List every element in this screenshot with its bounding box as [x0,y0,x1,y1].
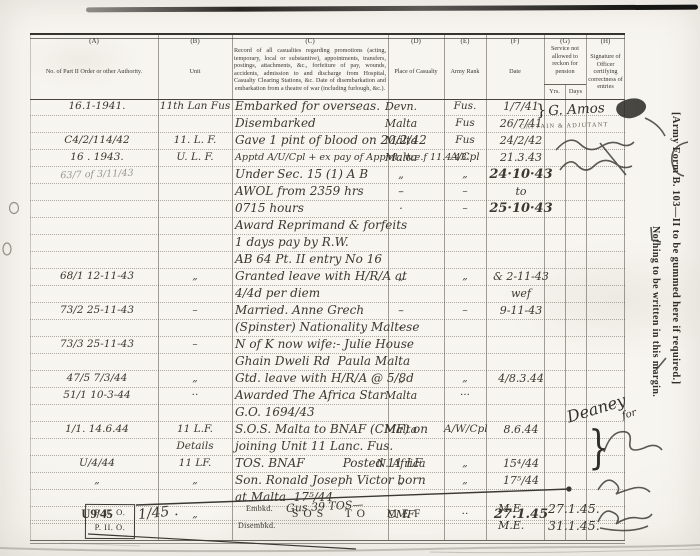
entry-record-text: AWOL from 2359 hrs [235,184,364,199]
yrs-subheading: Yrs. [544,85,565,99]
signature-name: G. Amos [548,100,605,119]
entry-date: 24·10·43 [486,167,556,182]
entry-unit: 11 L.F. [158,422,232,437]
entry-unit: ·· [158,388,232,403]
column-c-heading: Record of all casualties regarding promo… [232,47,388,92]
brace-mark: } [536,100,547,120]
entry-authority: 68/1 12-11-43 [40,269,154,284]
footer-date-1: 27.1.45. [548,501,600,516]
embkd-label: Embkd. [246,504,273,513]
entry-unit: „ [158,371,232,386]
record-row: AWOL from 2359 hrs––to [30,184,625,201]
scan-edge-streaks [0,543,700,553]
entry-unit: 11 LF. [158,456,232,471]
column-f-heading: Date [507,68,523,76]
entry-place: „ [358,473,444,488]
entry-date: 17⁵/44 [486,473,556,488]
piio-box: P. II. O. P. II. O. [85,504,135,539]
entry-place: Malta [358,116,444,131]
column-d-label: (D) [411,35,421,45]
column-record-header: (C) Record of all casualties regarding p… [232,35,388,99]
entry-date: 4/8.3.44 [486,371,556,386]
entry-place: N. Africa [358,456,444,471]
column-e-label: (E) [461,35,470,45]
entry-date: 9-11-43 [486,303,556,318]
record-row: 73/2 25-11-43–Married. Anne Grech––9-11-… [30,303,625,320]
column-rank-header: (E) Army Rank [444,35,486,99]
record-row: 63/7 of 3/11/43Under Sec. 15 (1) A B„„24… [30,167,625,184]
entry-place: – [358,303,444,318]
footer-date-2: 31.1.45. [548,518,600,533]
entry-record-text: AB 64 Pt. II entry No 16 [235,252,382,267]
table-right-border [624,35,625,540]
entry-unit: „ [158,473,232,488]
column-signature-header: (H) Signature of Officer certifying corr… [586,35,625,99]
record-row: 1 days pay by R.W. [30,235,625,252]
entry-rank: Fus. [444,99,486,114]
entry-authority: 73/3 25-11-43 [40,337,154,352]
entry-place: „ [358,371,444,386]
brace-mark-large: } [588,424,608,470]
entry-date: wef [486,286,556,301]
scanned-army-form: (A) No. of Part II Order or other Author… [0,0,700,556]
record-row: 16 . 1943.U. L. F.Apptd A/U/Cpl + ex pay… [30,150,625,167]
table-header: (A) No. of Part II Order or other Author… [30,35,625,100]
entry-rank: „ [444,473,486,488]
footer-place-1: M.E [498,502,521,515]
signature-certifying-officer: }G. Amos [536,97,606,120]
record-row: 51/1 10-3-44··Awarded The Africa StarMal… [30,388,625,405]
bottom-streak-2 [430,549,700,553]
entry-unit: Details [158,439,232,454]
scan-smear-artifact [86,5,698,13]
record-row: „„Son. Ronald Joseph Victor born„„17⁵/44 [30,473,625,490]
record-row: G.O. 1694/43 [30,405,625,422]
entry-date: 8.6.44 [486,422,556,437]
entry-rank: A/W/Cpl [444,422,486,437]
entry-date: to [486,184,556,199]
entry-rank: „ [444,269,486,284]
record-row: C4/2/114/4211. L. F.Gave 1 pint of blood… [30,133,625,150]
entry-rank: „ [444,456,486,471]
pencil-marks [3,203,19,256]
column-b-label: (B) [190,35,199,45]
disembkd-label: Disembkd. [238,521,276,530]
column-authority-header: (A) No. of Part II Order or other Author… [30,35,158,99]
entry-record-text: joining Unit 11 Lanc. Fus. [235,439,393,454]
entry-rank: – [444,201,486,216]
column-rule [232,35,233,540]
column-rule [388,35,389,540]
entry-date: 15⁴/44 [486,456,556,471]
entry-place: Malta [358,133,444,148]
entry-unit: – [158,337,232,352]
entry-record-text: Disembarked [235,116,316,131]
entry-authority: „ [40,473,154,488]
entry-unit: 11th Lan Fus [158,99,232,114]
entry-rank: „ [444,167,486,182]
record-row: U/4/4411 LF.TOS. BNAF Posted 11 LFN. Afr… [30,456,625,473]
column-c-label: (C) [305,35,314,45]
entry-place: Malta [358,388,444,403]
entry-place: „ [358,269,444,284]
margin-note-form-number: [Army Form B. 103—II to be gummed here i… [670,112,681,384]
entry-authority: 47/5 7/3/44 [40,371,154,386]
record-row: 1/1. 14.6.4411 L.F.S.O.S. Malta to BNAF … [30,422,625,439]
entry-unit: – [158,303,232,318]
entry-authority: 1/1. 14.6.44 [40,422,154,437]
column-e-heading: Army Rank [448,68,481,76]
column-date-header: (F) Date [486,35,544,99]
left-edge-circle-2 [3,243,11,255]
entry-place: – [358,320,444,335]
entry-authority: U/4/44 [40,456,154,471]
table-left-border [30,35,31,540]
column-a-label: (A) [89,35,99,45]
record-row: Detailsjoining Unit 11 Lanc. Fus. [30,439,625,456]
entry-unit: „ [158,269,232,284]
margin-note-warning: Nothing to be written in this margin. [650,226,661,397]
signature-suffix: for [621,407,638,421]
entry-record-text: 4/4d per diem [235,286,320,301]
entry-authority: 73/2 25-11-43 [40,303,154,318]
entry-unit: U. L. F. [158,150,232,165]
entry-record-text: G.O. 1694/43 [235,405,315,420]
record-row: (Spinster) Nationality Maltese– [30,320,625,337]
record-row: 0715 hours·–25·10·43 [30,201,625,218]
entry-date: 24/2/42 [486,133,556,148]
record-row: 68/1 12-11-43„Granted leave with H/R/A a… [30,269,625,286]
entry-date: 21.3.43 [486,150,556,165]
days-subheading: Days [565,85,586,99]
column-a-heading: No. of Part II Order or other Authority. [44,68,144,76]
piio-line1: P. II. O. [86,505,134,520]
column-b-heading: Unit [187,68,202,76]
left-edge-circle-1 [10,203,19,214]
record-row: 47/5 7/3/44„Gtd. leave with H/R/A @ 5/8d… [30,371,625,388]
column-rule [444,35,445,540]
column-f-label: (F) [511,35,520,45]
entry-rank: – [444,303,486,318]
entry-date: 25·10·43 [486,201,556,216]
entry-record-text: 1 days pay by R.W. [235,235,349,250]
column-unit-header: (B) Unit [158,35,232,99]
entry-date: & 2-11-43 [486,269,556,284]
entry-authority: 16.1-1941. [40,99,154,114]
entry-rank: Fus [444,116,486,131]
footer-place-2: M.E. [498,519,524,532]
entry-authority: C4/2/114/42 [40,133,154,148]
entry-rank: – [444,184,486,199]
entry-rank: A/Cpl [444,150,486,165]
record-row: 4/4d per diemwef [30,286,625,303]
entry-authority: 16 . 1943. [40,150,154,165]
entry-place: Devn. [358,99,444,114]
table-body: 16.1-1941.11th Lan FusEmbarked for overs… [30,99,625,499]
entry-rank: ··· [444,388,486,403]
column-d-heading: Place of Casualty [392,68,439,76]
table-footer: P. II. O. P. II. O. 1/45 . Embkd. Gus 39… [30,499,625,541]
column-g-heading: Service not allowed to reckon for pensio… [544,45,586,75]
entry-record-text: Ghain Dweli Rd Paula Malta [235,354,410,369]
entry-unit: 11. L. F. [158,133,232,148]
entry-authority: 51/1 10-3-44 [40,388,154,403]
column-rule [158,35,159,540]
bottom-streak-1 [0,545,700,551]
record-row: Award Reprimand & forfeits [30,218,625,235]
record-row: AB 64 Pt. II entry No 16 [30,252,625,269]
piio-line2: P. II. O. [86,520,134,535]
yrs-days-rule [565,85,566,540]
entry-place: Malta [358,150,444,165]
entry-record-text: Award Reprimand & forfeits [235,218,407,233]
column-place-header: (D) Place of Casualty [388,35,444,99]
entry-authority: 63/7 of 3/11/43 [40,165,154,184]
entry-record-text: 0715 hours [235,201,304,216]
entry-place: – [358,184,444,199]
entry-record-text: Under Sec. 15 (1) A B [235,167,368,182]
entry-place: · [358,201,444,216]
ink-tail [645,118,665,136]
column-g-label: (G) [560,35,570,45]
entry-rank: Fus [444,133,486,148]
column-h-label: (H) [601,35,611,45]
column-rule [486,35,487,540]
record-row: Ghain Dweli Rd Paula Malta [30,354,625,371]
record-row: 73/3 25-11-43–N of K now wife:- Julie Ho… [30,337,625,354]
entry-rank: „ [444,371,486,386]
entry-record-text: Married. Anne Grech [235,303,364,318]
entry-place: „ [358,167,444,182]
column-h-heading: Signature of Officer certifying correctn… [586,53,625,91]
entry-place: Malta [358,422,444,437]
